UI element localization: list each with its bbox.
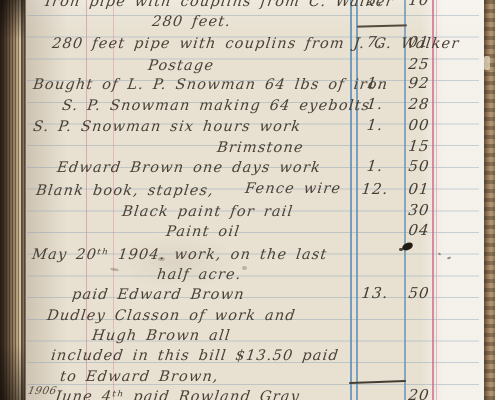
entry-dollars: 1. (351, 116, 399, 135)
ledger-row: Blank book, staples, Fence wire 12. 01 (0, 180, 495, 200)
entry-description: to Edward Brown, (59, 368, 220, 387)
entry-cents: 01 (405, 180, 433, 199)
entry-description: Blank book, staples, (35, 182, 215, 201)
ledger-row: 280 feet. (0, 11, 495, 31)
ledger-row: 1906 June 4ᵗʰ paid Rowland Gray 20 (0, 386, 495, 400)
entry-cents: 25 (405, 55, 433, 74)
page-edge-highlight (484, 56, 490, 70)
entry-dollars: 13. (351, 284, 399, 303)
entry-description: 280 feet pipe with couplins from J. G. W… (51, 35, 461, 54)
entry-dollars: 5. (351, 0, 399, 10)
ledger-row: paid Edward Brown 13. 50 (0, 284, 495, 304)
entry-description: Dudley Classon of work and (46, 307, 297, 326)
entry-year: 1906 (27, 385, 58, 397)
ledger-row: Edward Brown one days work 1. 50 (0, 157, 495, 177)
ledger-row: Brimstone 15 (0, 137, 495, 157)
entry-cents: 30 (405, 201, 433, 220)
entry-dollars: 7. (351, 33, 399, 52)
entry-description: S. P. Snowman six hours work (32, 118, 302, 137)
entry-description: Edward Brown one days work (56, 159, 322, 178)
ledger-row: 280 feet pipe with couplins from J. G. W… (0, 33, 495, 53)
entry-cents: 50 (405, 157, 433, 176)
ledger-row: Postage 25 (0, 55, 495, 75)
entry-dollars: 1. (351, 74, 399, 93)
entry-description: Brimstone (216, 139, 305, 158)
ledger-row: to Edward Brown, (0, 366, 495, 386)
entry-dollars: 12. (351, 180, 399, 199)
ledger-row: half acre. (0, 264, 495, 284)
ledger-row: Dudley Classon of work and (0, 305, 495, 325)
entry-description: June 4ᵗʰ paid Rowland Gray (54, 388, 301, 400)
ledger-row: Hugh Brown all (0, 325, 495, 345)
entry-dollars: 1. (351, 95, 399, 114)
entry-cents: 01 (405, 33, 433, 52)
ledger-row: Paint oil 04 (0, 221, 495, 241)
entry-description: May 20ᵗʰ 1904. work, on the last (31, 246, 329, 265)
entry-cents: 92 (405, 74, 433, 93)
ledger-row: Black paint for rail 30 (0, 201, 495, 221)
ink-blot-tail (399, 248, 403, 251)
ink-smudge (158, 257, 165, 261)
entry-cents: 15 (405, 137, 433, 156)
ledger-row: included in this bill $13.50 paid (0, 345, 495, 365)
entry-cents: 20 (405, 386, 433, 400)
entry-description: half acre. (156, 266, 243, 285)
entry-description: included in this bill $13.50 paid (50, 347, 340, 366)
entry-description-2: Fence wire (244, 180, 342, 199)
entry-cents: 04 (405, 221, 433, 240)
entry-description: paid Edward Brown (71, 286, 246, 305)
entry-dollars: 1. (351, 157, 399, 176)
ledger-photo: Iron pipe with couplins from C. Walker 5… (0, 0, 495, 400)
entry-description: S. P. Snowman making 64 eyebolts (61, 97, 372, 116)
entry-cents: 28 (405, 95, 433, 114)
entry-description: Black paint for rail (121, 203, 295, 222)
entry-description: Bought of L. P. Snowman 64 lbs of iron (32, 76, 389, 95)
ledger-row: S. P. Snowman making 64 eyebolts 1. 28 (0, 95, 495, 115)
entry-cents: 10 (405, 0, 433, 10)
entry-description: Hugh Brown all (91, 327, 232, 346)
ledger-row: May 20ᵗʰ 1904. work, on the last (0, 244, 495, 264)
entry-cents: 00 (405, 116, 433, 135)
ink-smudge (242, 266, 247, 270)
ledger-row: Bought of L. P. Snowman 64 lbs of iron 1… (0, 74, 495, 94)
entry-description: 280 feet. (151, 13, 232, 32)
entry-cents: 50 (405, 284, 433, 303)
entry-description: Paint oil (165, 223, 241, 242)
ledger-row: Iron pipe with couplins from C. Walker 5… (0, 0, 495, 11)
ledger-row: S. P. Snowman six hours work 1. 00 (0, 116, 495, 136)
